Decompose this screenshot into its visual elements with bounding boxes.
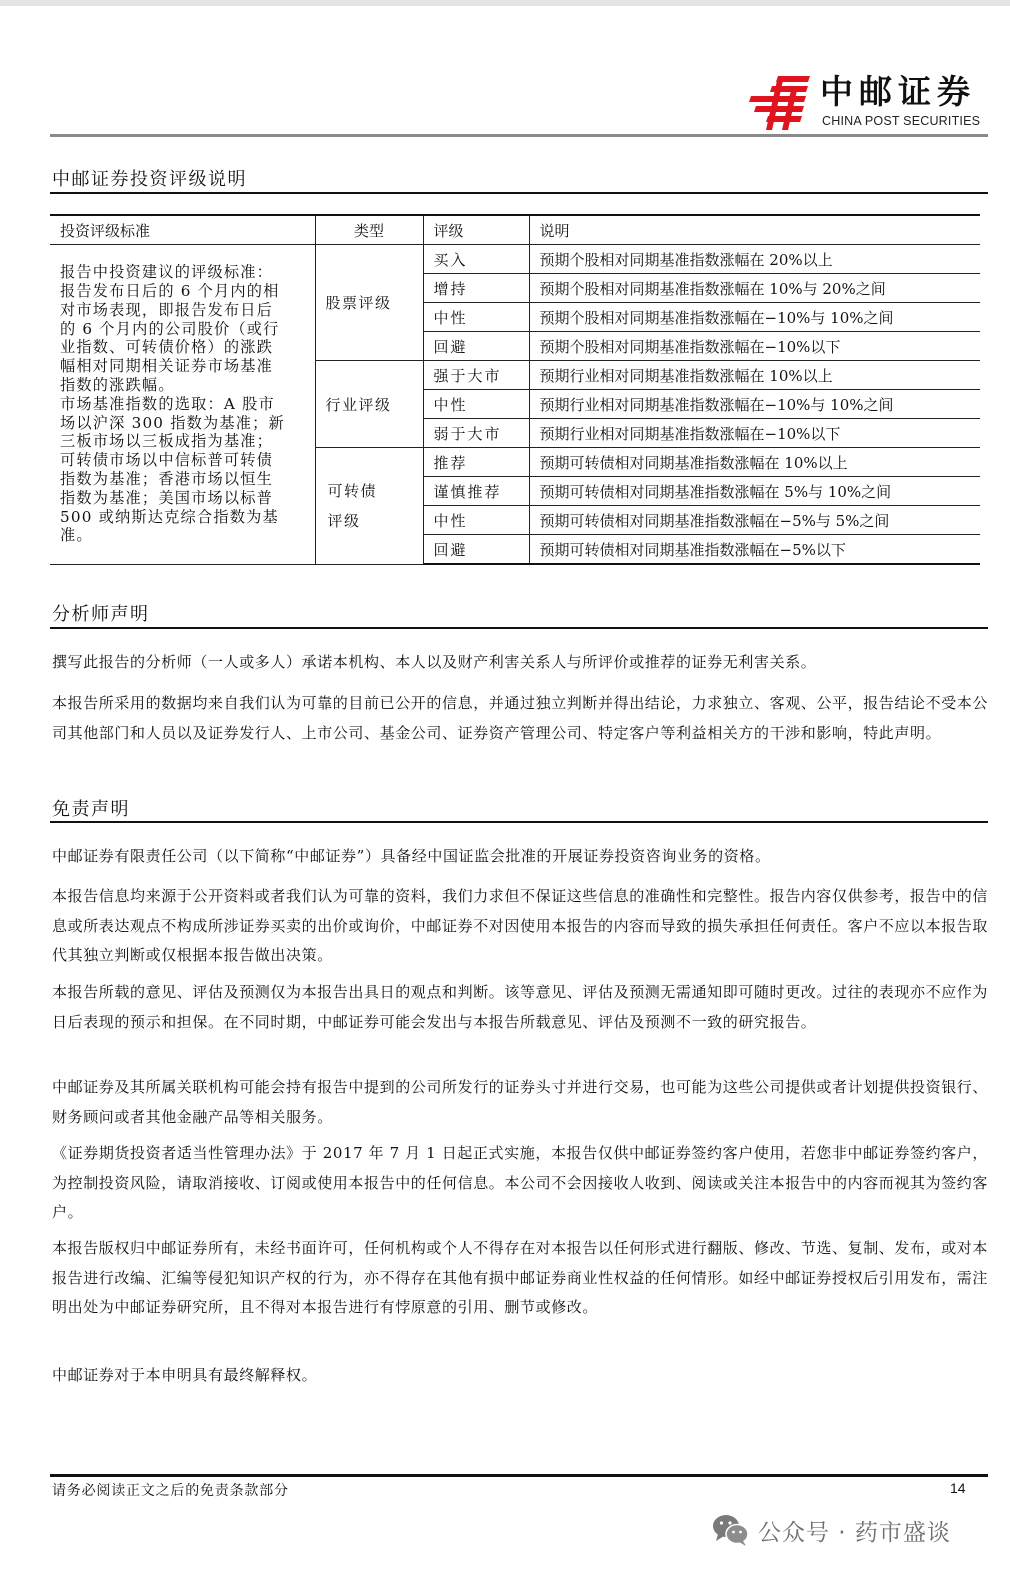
analyst-paragraph: 本报告所采用的数据均来自我们认为可靠的目前已公开的信息，并通过独立判断并得出结论… — [52, 689, 988, 748]
analyst-paragraph: 撰写此报告的分析师（一人或多人）承诺本机构、本人以及财产利害关系人与所评价或推荐… — [52, 648, 988, 678]
header-criteria: 投资评级标准 — [50, 215, 315, 245]
rating-section-title: 中邮证券投资评级说明 — [52, 165, 247, 191]
criteria-line: 报告发布日后的 6 个月内的相 — [60, 282, 280, 300]
criteria-line: 报告中投资建议的评级标准： — [60, 263, 273, 281]
description-cell: 预期行业相对同期基准指数涨幅在 10%以上 — [529, 361, 980, 390]
china-post-logo-icon — [748, 74, 810, 130]
grade-cell: 中性 — [423, 390, 529, 419]
table-row: 报告中投资建议的评级标准： 报告发布日后的 6 个月内的相 对市场表现，即报告发… — [50, 245, 980, 274]
description-cell: 预期可转债相对同期基准指数涨幅在−5%以下 — [529, 535, 980, 565]
analyst-section-title: 分析师声明 — [52, 600, 150, 626]
type-stock: 股票评级 — [315, 245, 423, 361]
footer-divider — [50, 1474, 988, 1477]
grade-cell: 买入 — [423, 245, 529, 274]
disclaimer-paragraph: 中邮证券对于本申明具有最终解释权。 — [52, 1361, 988, 1391]
type-convertible-bond: 可转债 评级 — [315, 448, 423, 565]
description-cell: 预期行业相对同期基准指数涨幅在−10%以下 — [529, 419, 980, 448]
disclaimer-paragraph: 本报告信息均来源于公开资料或者我们认为可靠的资料，我们力求但不保证这些信息的准确… — [52, 882, 988, 971]
grade-cell: 中性 — [423, 506, 529, 535]
criteria-line: 指数为基准；香港市场以恒生 — [60, 470, 273, 488]
disclaimer-paragraph: 本报告版权归中邮证券所有，未经书面许可，任何机构或个人不得存在对本报告以任何形式… — [52, 1234, 988, 1323]
header-divider — [50, 134, 988, 137]
description-cell: 预期可转债相对同期基准指数涨幅在 10%以上 — [529, 448, 980, 477]
description-cell: 预期个股相对同期基准指数涨幅在−10%与 10%之间 — [529, 303, 980, 332]
section-divider — [50, 821, 988, 823]
disclaimer-paragraph: 中邮证券有限责任公司（以下简称“中邮证券”）具备经中国证监会批准的开展证券投资咨… — [52, 842, 988, 872]
criteria-line: 500 或纳斯达克综合指数为基 — [60, 508, 279, 526]
rating-table: 投资评级标准 类型 评级 说明 报告中投资建议的评级标准： 报告发布日后的 6 … — [50, 214, 980, 565]
disclaimer-paragraph: 本报告所载的意见、评估及预测仅为本报告出具日的观点和判断。该等意见、评估及预测无… — [52, 978, 988, 1037]
grade-cell: 推荐 — [423, 448, 529, 477]
criteria-line: 幅相对同期相关证券市场基准 — [60, 357, 273, 375]
criteria-line: 场以沪深 300 指数为基准；新 — [60, 414, 285, 432]
criteria-line: 三板市场以三板成指为基准； — [60, 432, 273, 450]
disclaimer-paragraph: 《证券期货投资者适当性管理办法》于 2017 年 7 月 1 日起正式实施，本报… — [52, 1139, 988, 1228]
top-bar — [0, 0, 1010, 6]
description-cell: 预期个股相对同期基准指数涨幅在 10%与 20%之间 — [529, 274, 980, 303]
criteria-line: 指数为基准；美国市场以标普 — [60, 489, 273, 507]
type-industry: 行业评级 — [315, 361, 423, 448]
criteria-line: 的 6 个月内的公司股价（或行 — [60, 320, 280, 338]
section-divider — [50, 627, 988, 629]
grade-cell: 中性 — [423, 303, 529, 332]
grade-cell: 弱于大市 — [423, 419, 529, 448]
logo-chinese-name: 中邮证券 — [820, 72, 976, 112]
header-grade: 评级 — [423, 215, 529, 245]
grade-cell: 回避 — [423, 535, 529, 565]
criteria-line: 指数的涨跌幅。 — [60, 376, 175, 394]
wechat-watermark: 公众号 · 药市盛谈 — [712, 1510, 951, 1550]
type-line: 评级 — [328, 512, 361, 530]
criteria-line: 业指数、可转债价格）的涨跌 — [60, 338, 273, 356]
disclaimer-section-title: 免责声明 — [52, 795, 130, 821]
description-cell: 预期行业相对同期基准指数涨幅在−10%与 10%之间 — [529, 390, 980, 419]
criteria-cell: 报告中投资建议的评级标准： 报告发布日后的 6 个月内的相 对市场表现，即报告发… — [50, 245, 315, 565]
footer-note: 请务必阅读正文之后的免责条款部分 — [52, 1480, 289, 1500]
table-header-row: 投资评级标准 类型 评级 说明 — [50, 215, 980, 245]
header-type: 类型 — [315, 215, 423, 245]
description-cell: 预期可转债相对同期基准指数涨幅在 5%与 10%之间 — [529, 477, 980, 506]
company-logo: 中邮证券 CHINA POST SECURITIES — [748, 72, 993, 132]
grade-cell: 回避 — [423, 332, 529, 361]
grade-cell: 谨慎推荐 — [423, 477, 529, 506]
criteria-line: 可转债市场以中信标普可转债 — [60, 451, 273, 469]
description-cell: 预期可转债相对同期基准指数涨幅在−5%与 5%之间 — [529, 506, 980, 535]
description-cell: 预期个股相对同期基准指数涨幅在 20%以上 — [529, 245, 980, 274]
criteria-line: 市场基准指数的选取：A 股市 — [60, 395, 275, 413]
grade-cell: 强于大市 — [423, 361, 529, 390]
grade-cell: 增持 — [423, 274, 529, 303]
logo-english-name: CHINA POST SECURITIES — [822, 114, 980, 128]
type-line: 可转债 — [328, 482, 378, 500]
page-number: 14 — [950, 1480, 966, 1496]
header-description: 说明 — [529, 215, 980, 245]
section-divider — [50, 192, 988, 194]
description-cell: 预期个股相对同期基准指数涨幅在−10%以下 — [529, 332, 980, 361]
disclaimer-paragraph: 中邮证券及其所属关联机构可能会持有报告中提到的公司所发行的证券头寸并进行交易，也… — [52, 1073, 988, 1132]
criteria-line: 准。 — [60, 526, 93, 544]
wechat-icon — [712, 1513, 750, 1547]
watermark-text: 公众号 · 药市盛谈 — [758, 1514, 951, 1547]
criteria-line: 对市场表现，即报告发布日后 — [60, 301, 273, 319]
